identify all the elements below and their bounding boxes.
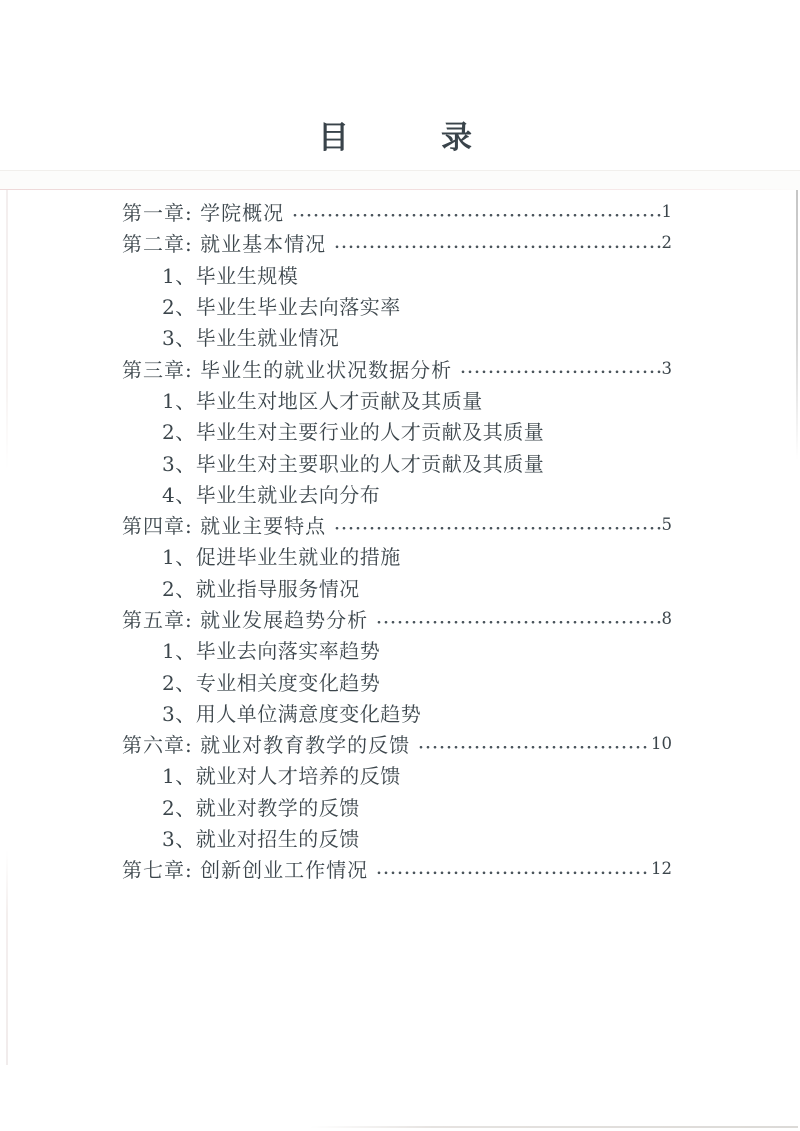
toc-sub-entry: 1、就业对人才培养的反馈: [122, 759, 672, 790]
toc-page-number: 3: [662, 359, 673, 378]
toc-page-number: 8: [662, 609, 673, 628]
toc-entry-label: 第二章: 就业基本情况: [122, 228, 326, 257]
dot-leader: [418, 728, 650, 759]
toc-chapter-entry: 第二章: 就业基本情况2: [122, 227, 672, 258]
toc-entry-label: 第三章: 毕业生的就业状况数据分析: [122, 354, 452, 383]
toc-chapter-entry: 第三章: 毕业生的就业状况数据分析3: [122, 352, 672, 383]
toc-entry-label: 2、就业对教学的反馈: [162, 792, 360, 821]
scan-edge-top-line: [0, 189, 800, 190]
toc-sub-entry: 4、毕业生就业去向分布: [122, 478, 672, 509]
toc-entry-label: 1、毕业生对地区人才贡献及其质量: [162, 385, 483, 414]
toc-entry-label: 第一章: 学院概况: [122, 197, 284, 226]
toc-chapter-entry: 第五章: 就业发展趋势分析8: [122, 603, 672, 634]
toc-page-number: 1: [662, 202, 673, 221]
page-title: 目 录: [0, 112, 800, 157]
toc-entry-label: 第七章: 创新创业工作情况: [122, 854, 368, 883]
toc-chapter-entry: 第六章: 就业对教育教学的反馈10: [122, 728, 672, 759]
toc-sub-entry: 2、专业相关度变化趋势: [122, 665, 672, 696]
toc-page-number: 12: [651, 859, 672, 878]
scan-edge-left-line-lower: [6, 850, 8, 1065]
dot-leader: [376, 603, 660, 634]
toc-entry-label: 1、毕业生规模: [162, 260, 298, 289]
toc-sub-entry: 1、促进毕业生就业的措施: [122, 540, 672, 571]
toc-page-number: 5: [662, 515, 673, 534]
toc-sub-entry: 1、毕业去向落实率趋势: [122, 634, 672, 665]
dot-leader: [460, 352, 660, 383]
toc-sub-entry: 2、毕业生毕业去向落实率: [122, 290, 672, 321]
dot-leader: [334, 227, 660, 258]
toc-entry-label: 2、毕业生毕业去向落实率: [162, 291, 401, 320]
toc-entry-label: 3、毕业生就业情况: [162, 322, 339, 351]
toc-sub-entry: 3、就业对招生的反馈: [122, 822, 672, 853]
scanned-document-page: 目 录 第一章: 学院概况1第二章: 就业基本情况21、毕业生规模2、毕业生毕业…: [0, 0, 800, 1131]
toc-sub-entry: 2、就业指导服务情况: [122, 572, 672, 603]
toc-sub-entry: 1、毕业生对地区人才贡献及其质量: [122, 384, 672, 415]
dot-leader: [334, 509, 660, 540]
toc-entry-label: 4、毕业生就业去向分布: [162, 479, 380, 508]
toc-sub-entry: 2、就业对教学的反馈: [122, 791, 672, 822]
toc-entry-label: 3、用人单位满意度变化趋势: [162, 698, 421, 727]
toc-chapter-entry: 第一章: 学院概况1: [122, 196, 672, 227]
toc-chapter-entry: 第四章: 就业主要特点5: [122, 509, 672, 540]
toc-sub-entry: 3、毕业生就业情况: [122, 321, 672, 352]
toc-sub-entry: 2、毕业生对主要行业的人才贡献及其质量: [122, 415, 672, 446]
toc-sub-entry: 3、用人单位满意度变化趋势: [122, 697, 672, 728]
toc-list: 第一章: 学院概况1第二章: 就业基本情况21、毕业生规模2、毕业生毕业去向落实…: [122, 196, 672, 885]
scan-edge-right-line: [796, 190, 798, 460]
toc-entry-label: 3、就业对招生的反馈: [162, 823, 360, 852]
toc-sub-entry: 1、毕业生规模: [122, 259, 672, 290]
toc-entry-label: 2、专业相关度变化趋势: [162, 667, 380, 696]
toc-entry-label: 1、促进毕业生就业的措施: [162, 541, 401, 570]
dot-leader: [376, 853, 650, 884]
toc-page-number: 2: [662, 233, 673, 252]
scan-edge-bottom-line: [310, 1126, 798, 1128]
toc-entry-label: 1、毕业去向落实率趋势: [162, 635, 380, 664]
scan-edge-left-line: [6, 190, 8, 470]
toc-entry-label: 第四章: 就业主要特点: [122, 510, 326, 539]
toc-entry-label: 1、就业对人才培养的反馈: [162, 760, 401, 789]
toc-entry-label: 第五章: 就业发展趋势分析: [122, 604, 368, 633]
dot-leader: [292, 196, 660, 227]
toc-page-number: 10: [651, 734, 672, 753]
toc-entry-label: 2、毕业生对主要行业的人才贡献及其质量: [162, 416, 544, 445]
toc-sub-entry: 3、毕业生对主要职业的人才贡献及其质量: [122, 446, 672, 477]
toc-entry-label: 第六章: 就业对教育教学的反馈: [122, 729, 410, 758]
toc-entry-label: 2、就业指导服务情况: [162, 573, 360, 602]
toc-entry-label: 3、毕业生对主要职业的人才贡献及其质量: [162, 448, 544, 477]
scan-edge-top-band: [0, 170, 800, 190]
toc-chapter-entry: 第七章: 创新创业工作情况12: [122, 853, 672, 884]
